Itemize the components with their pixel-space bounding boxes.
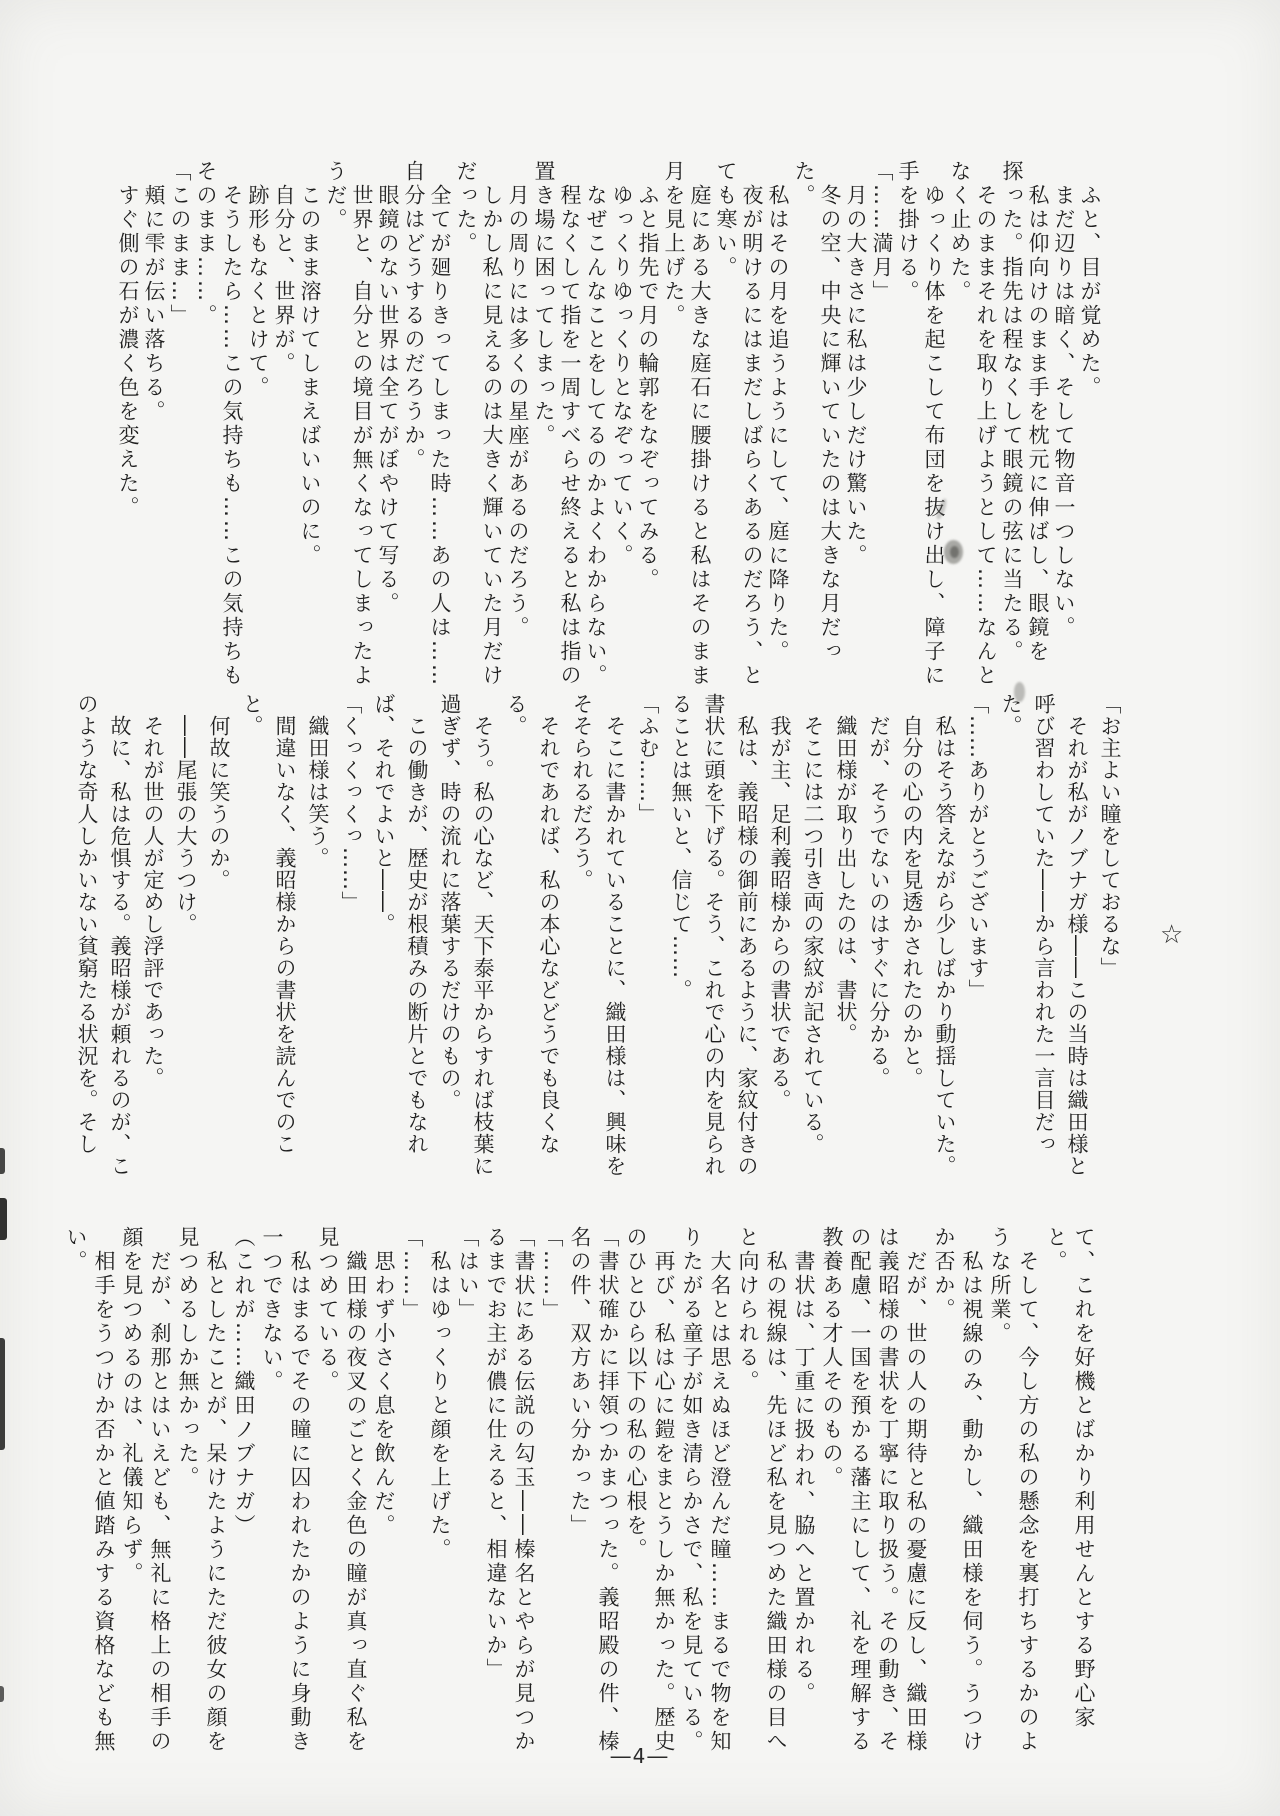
text-column: と。 bbox=[235, 693, 268, 1193]
text-column: と向けられる。 bbox=[734, 1226, 762, 1771]
text-column: このまま溶けてしまえばいいのに。 bbox=[297, 160, 323, 700]
text-column: 「はい」 bbox=[454, 1226, 482, 1771]
text-column: 夜が明けるにはまだしばらくあるのだろう、と bbox=[739, 160, 765, 700]
text-column: すぐ側の石が濃く色を変えた。 bbox=[115, 160, 141, 700]
text-column: 書状に頭を下げる。そう、これで心の内を見られ bbox=[697, 693, 730, 1193]
text-column: ふと、目が覚めた。 bbox=[1077, 160, 1103, 700]
text-column: 月の周りには多くの星座があるのだろう。 bbox=[505, 160, 531, 700]
text-column: 月の大きさに私は少しだけ驚いた。 bbox=[843, 160, 869, 700]
scanned-page: ふと、目が覚めた。 まだ辺りは暗く、そして物音一つしない。 私は仰向けのまま手を… bbox=[0, 0, 1280, 1816]
text-column: 庭にある大きな庭石に腰掛けると私はそのまま bbox=[687, 160, 713, 700]
text-column: そのまま……。 bbox=[193, 160, 219, 700]
text-column: 「くっくっくっ……」 bbox=[334, 693, 367, 1193]
text-column: か否か。 bbox=[930, 1226, 958, 1771]
text-column: そそられるだろう。 bbox=[565, 693, 598, 1193]
text-column: 「このまま…」 bbox=[167, 160, 193, 700]
text-column: 「書状にある伝説の勾玉――榛名とやらが見つか bbox=[510, 1226, 538, 1771]
text-column: 頬に雫が伝い落ちる。 bbox=[141, 160, 167, 700]
text-column: 教養ある才人そのもの。 bbox=[818, 1226, 846, 1771]
text-column: 過ぎず、時の流れに落葉するだけのもの。 bbox=[433, 693, 466, 1193]
text-column: 「……満月」 bbox=[869, 160, 895, 700]
text-column: 「……」 bbox=[398, 1226, 426, 1771]
text-column: と。 bbox=[1042, 1226, 1070, 1771]
text-column: そのままそれを取り上げようとして……なんと bbox=[973, 160, 999, 700]
scan-edge-mark bbox=[0, 1338, 5, 1450]
text-column: 跡形もなくとけて。 bbox=[245, 160, 271, 700]
scan-smudge bbox=[950, 546, 959, 558]
text-column: 相手をうつけか否かと値踏みする資格なども無 bbox=[90, 1226, 118, 1771]
text-column: うな所業。 bbox=[986, 1226, 1014, 1771]
text-column: 手を掛ける。 bbox=[895, 160, 921, 700]
text-block-top: ふと、目が覚めた。 まだ辺りは暗く、そして物音一つしない。 私は仰向けのまま手を… bbox=[115, 160, 1103, 700]
text-column: 程なくして指を一周すべらせ終えると私は指の bbox=[557, 160, 583, 700]
text-column: だった。 bbox=[453, 160, 479, 700]
text-column: 「書状確かに拝領つかまつった。義昭殿の件、榛 bbox=[594, 1226, 622, 1771]
text-column: この働きが、歴史が根積みの断片とでもなれ bbox=[400, 693, 433, 1193]
text-column: 名の件、双方あい分かった」 bbox=[566, 1226, 594, 1771]
text-column: ――尾張の大うつけ。 bbox=[169, 693, 202, 1193]
text-column: 私はその月を追うようにして、庭に降りた。 bbox=[765, 160, 791, 700]
text-column: るまでお主が儂に仕えると、相違ないか」 bbox=[482, 1226, 510, 1771]
text-column: 織田様が取り出したのは、書状。 bbox=[829, 693, 862, 1193]
text-column: 眼鏡のない世界は全てがぼやけて写る。 bbox=[375, 160, 401, 700]
text-column: なく止めた。 bbox=[947, 160, 973, 700]
text-column: 私は、義昭様の御前にあるように、家紋付きの bbox=[730, 693, 763, 1193]
scan-edge-mark bbox=[0, 1148, 5, 1174]
text-column: 私は仰向けのまま手を枕元に伸ばし、眼鏡を bbox=[1025, 160, 1051, 700]
text-column: 見つめるしか無かった。 bbox=[174, 1226, 202, 1771]
text-column: 我が主、足利義昭様からの書状である。 bbox=[763, 693, 796, 1193]
text-column: 私の視線は、先ほど私を見つめた織田様の目へ bbox=[762, 1226, 790, 1771]
text-column: 探った。指先は程なくして眼鏡の弦に当たる。 bbox=[999, 160, 1025, 700]
text-column: 「……ありがとうございます」 bbox=[961, 693, 994, 1193]
text-column: のひとひら以下の私の心根を。 bbox=[622, 1226, 650, 1771]
text-column: だが、刹那とはいえども、無礼に格上の相手の bbox=[146, 1226, 174, 1771]
text-column: だが、世の人の期待と私の憂慮に反し、織田様 bbox=[902, 1226, 930, 1771]
text-column: そうしたら……この気持ちも……この気持ちも bbox=[219, 160, 245, 700]
text-column: なぜこんなことをしてるのかよくわからない。 bbox=[583, 160, 609, 700]
text-column: 顔を見つめるのは、礼儀知らず。 bbox=[118, 1226, 146, 1771]
text-column: 私はまるでその瞳に囚われたかのように身動き bbox=[286, 1226, 314, 1771]
text-column: まだ辺りは暗く、そして物音一つしない。 bbox=[1051, 160, 1077, 700]
text-column: 全てが廻りきってしまった時……あの人は…… bbox=[427, 160, 453, 700]
text-block-bottom: て、これを好機とばかり利用せんとする野心家と。 そして、今し方の私の懸念を裏打ち… bbox=[62, 1226, 1098, 1771]
text-column: ゆっくり体を起こして布団を抜け出し、障子に bbox=[921, 160, 947, 700]
text-column: 「ふむ……」 bbox=[631, 693, 664, 1193]
text-column: 自分の心の内を見透かされたのかと。 bbox=[895, 693, 928, 1193]
text-column: 織田様の夜叉のごとく金色の瞳が真っ直ぐ私を bbox=[342, 1226, 370, 1771]
text-column: 自分と、世界が。 bbox=[271, 160, 297, 700]
text-column: 私はそう答えながら少しばかり動揺していた。 bbox=[928, 693, 961, 1193]
scan-edge-mark bbox=[0, 1686, 4, 1702]
text-column: 自分はどうするのだろうか。 bbox=[401, 160, 427, 700]
text-column: 間違いなく、義昭様からの書状を読んでのこ bbox=[268, 693, 301, 1193]
text-column: の配慮、一国を預かる藩主にして、礼を理解する bbox=[846, 1226, 874, 1771]
text-block-middle: 「お主よい瞳をしておるな」 それが私がノブナガ様――この当時は織田様と呼び習わし… bbox=[70, 693, 1126, 1193]
text-column: 世界と、自分との境目が無くなってしまったよ bbox=[349, 160, 375, 700]
text-column: のような奇人しかいない貧窮たる状況を。そし bbox=[70, 693, 103, 1193]
text-column: 書状は、丁重に扱われ、脇へと置かれる。 bbox=[790, 1226, 818, 1771]
text-column: 呼び習わしていた――から言われた一言目だっ bbox=[1027, 693, 1060, 1193]
text-column: は義昭様の書状を丁寧に取り扱う。その動き、そ bbox=[874, 1226, 902, 1771]
text-column: 故に、私は危惧する。義昭様が頼れるのが、こ bbox=[103, 693, 136, 1193]
text-column: 見つめている。 bbox=[314, 1226, 342, 1771]
text-column: りたがる童子が如き清らかさで、私を見ている。 bbox=[678, 1226, 706, 1771]
text-column: そこに書かれていることに、織田様は、興味を bbox=[598, 693, 631, 1193]
text-column: い。 bbox=[62, 1226, 90, 1771]
text-column: しかし私に見えるのは大きく輝いていた月だけ bbox=[479, 160, 505, 700]
text-column: 私はゆっくりと顔を上げた。 bbox=[426, 1226, 454, 1771]
text-column: ば、それでよいと――。 bbox=[367, 693, 400, 1193]
text-column: そこには二つ引き両の家紋が記されている。 bbox=[796, 693, 829, 1193]
text-column: 置き場に困ってしまった。 bbox=[531, 160, 557, 700]
text-column: 一つできない。 bbox=[258, 1226, 286, 1771]
text-column: 「お主よい瞳をしておるな」 bbox=[1093, 693, 1126, 1193]
text-column: そして、今し方の私の懸念を裏打ちするかのよ bbox=[1014, 1226, 1042, 1771]
text-column: それであれば、私の本心などどうでも良くな bbox=[532, 693, 565, 1193]
text-column: そう。私の心など、天下泰平からすれば枝葉に bbox=[466, 693, 499, 1193]
text-column: て、これを好機とばかり利用せんとする野心家 bbox=[1070, 1226, 1098, 1771]
page-number: ―4― bbox=[0, 1744, 1280, 1768]
text-column: 思わず小さく息を飲んだ。 bbox=[370, 1226, 398, 1771]
text-column: うだ。 bbox=[323, 160, 349, 700]
text-column: た。 bbox=[791, 160, 817, 700]
text-column: 「……」 bbox=[538, 1226, 566, 1771]
text-column: 私としたことが、呆けたようにただ彼女の顔を bbox=[202, 1226, 230, 1771]
text-column: それが世の人が定めし浮評であった。 bbox=[136, 693, 169, 1193]
text-column: ても寒い。 bbox=[713, 160, 739, 700]
text-column: 月を見上げた。 bbox=[661, 160, 687, 700]
scan-smudge bbox=[1014, 682, 1025, 702]
text-column: た。 bbox=[994, 693, 1027, 1193]
text-column: それが私がノブナガ様――この当時は織田様と bbox=[1060, 693, 1093, 1193]
text-column: ふと指先で月の輪郭をなぞってみる。 bbox=[635, 160, 661, 700]
star-mark: ☆ bbox=[1160, 920, 1183, 950]
text-column: 何故に笑うのか。 bbox=[202, 693, 235, 1193]
text-column: ることは無いと、信じて……。 bbox=[664, 693, 697, 1193]
text-column: 冬の空、中央に輝いていたのは大きな月だっ bbox=[817, 160, 843, 700]
text-column: 私は視線のみ、動かし、織田様を伺う。うつけ bbox=[958, 1226, 986, 1771]
text-column: （これが……織田ノブナガ） bbox=[230, 1226, 258, 1771]
text-column: 大名とは思えぬほど澄んだ瞳……まるで物を知 bbox=[706, 1226, 734, 1771]
text-column: 織田様は笑う。 bbox=[301, 693, 334, 1193]
text-column: だが、そうでないのはすぐに分かる。 bbox=[862, 693, 895, 1193]
text-column: ゆっくりゆっくりとなぞっていく。 bbox=[609, 160, 635, 700]
text-column: る。 bbox=[499, 693, 532, 1193]
scan-edge-mark bbox=[0, 1198, 7, 1240]
text-column: 再び、私は心に鎧をまとうしか無かった。歴史 bbox=[650, 1226, 678, 1771]
